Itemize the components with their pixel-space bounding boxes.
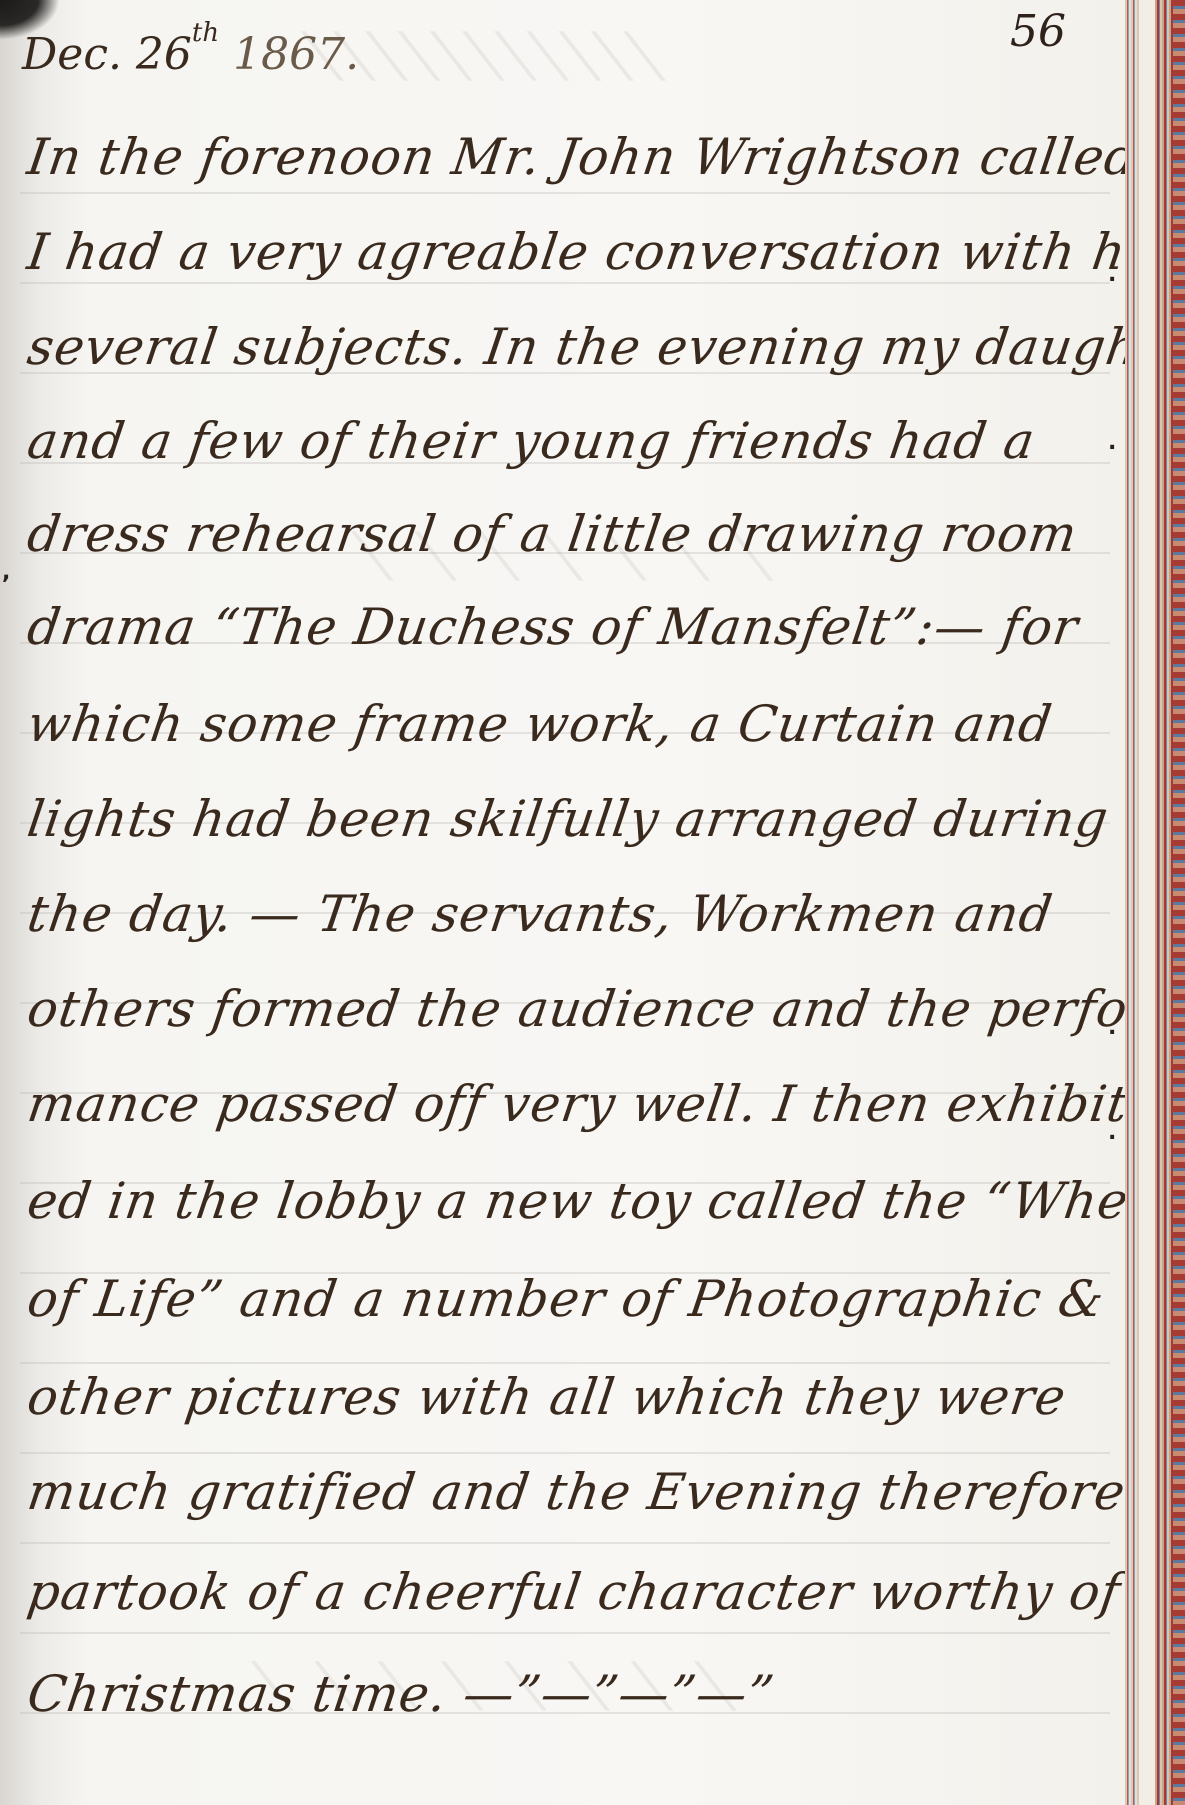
- ruled-line: [20, 192, 1110, 194]
- text-line-16: partook of a cheerful character worthy o…: [24, 1563, 1124, 1621]
- page-number: 56: [1010, 6, 1066, 57]
- text-line-8: lights had been skilfully arranged durin…: [24, 790, 1112, 848]
- text-line-5: dress rehearsal of a little drawing room: [24, 505, 1081, 563]
- ruled-line: [20, 1632, 1110, 1634]
- text-line-10: others formed the audience and the perfo…: [24, 980, 1125, 1038]
- text-line-12: ed in the lobby a new toy called the “Wh…: [24, 1172, 1125, 1230]
- margin-mark: .: [1108, 430, 1116, 455]
- journal-page: /////////// / / / / / / / / / / / / / / …: [0, 0, 1125, 1805]
- ruled-line: [20, 1452, 1110, 1454]
- page-edge: [1125, 0, 1139, 1805]
- text-line-6: drama “The Duchess of Mansfelt”:— for: [24, 598, 1082, 656]
- ruled-line: [20, 282, 1110, 284]
- text-line-1: In the forenoon Mr. John Wrightson calle…: [24, 128, 1125, 186]
- text-line-9: the day. — The servants, Workmen and: [24, 885, 1056, 943]
- text-line-15: much gratified and the Evening therefore: [24, 1463, 1125, 1521]
- text-line-17: Christmas time. —”—”—”—”: [24, 1665, 778, 1723]
- text-line-7: which some frame work, a Curtain and: [24, 695, 1056, 753]
- margin-mark: .: [1108, 1015, 1116, 1040]
- text-line-14: other pictures with all which they were: [24, 1368, 1070, 1426]
- marbled-edge: [1173, 0, 1185, 1805]
- text-line-11: mance passed off very well. I then exhib…: [24, 1075, 1125, 1133]
- text-line-2: I had a very agreable conversation with …: [24, 223, 1125, 281]
- page-edge: [1155, 0, 1173, 1805]
- margin-mark: .: [1108, 1120, 1116, 1145]
- margin-mark: ,: [2, 560, 10, 585]
- date-day: Dec. 26: [22, 29, 192, 80]
- date-ordinal: th: [192, 18, 219, 48]
- text-line-13: of Life” and a number of Photographic &: [24, 1270, 1108, 1328]
- page-edge: [1139, 0, 1155, 1805]
- margin-mark: .: [1108, 262, 1116, 287]
- ruled-line: [20, 1362, 1110, 1364]
- entry-date: Dec. 26th 1867.: [22, 18, 359, 80]
- ruled-line: [20, 1542, 1110, 1544]
- text-line-4: and a few of their young friends had a: [24, 412, 1039, 470]
- text-line-3: several subjects. In the evening my daug…: [24, 318, 1125, 376]
- date-year: 1867.: [233, 29, 359, 80]
